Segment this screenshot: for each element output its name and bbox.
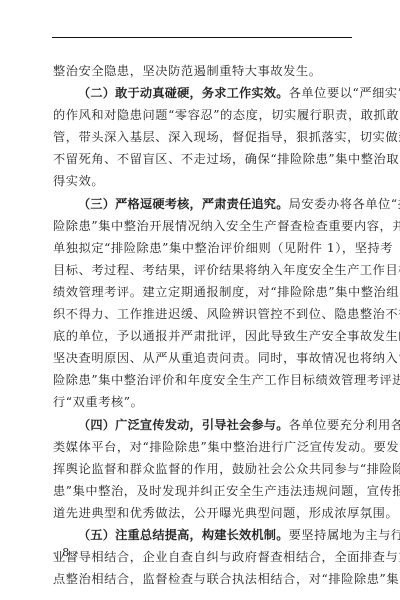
line-text: 目标、考过程、考结果，评价结果将纳入年度安全生产工作目标 [53, 263, 400, 277]
section-heading: （二）敢于动真碰硬，务求工作实效。 [78, 86, 289, 100]
header-rule [52, 37, 352, 38]
text-line: 绩效管理考评。建立定期通报制度，对“排险除患”集中整治组 [53, 281, 353, 303]
text-line: 道先进典型和优秀做法，公开曝光典型问题，形成浓厚氛围。 [53, 502, 353, 524]
text-line: 险除患”集中整治评价和年度安全生产工作目标绩效管理考评进 [53, 369, 353, 391]
line-text: 坚决查明原因、从严从重追责问责。同时，事故情况也将纳入“排 [53, 351, 400, 365]
line-text: 局安委办将各单位“排 [289, 197, 400, 211]
line-text: 单独拟定“排险除患”集中整治评价细则（见附件 1），坚持考 [53, 241, 393, 255]
section-heading-line: （二）敢于动真碰硬，务求工作实效。各单位要以“严细实” [53, 82, 353, 104]
document-body: 整治安全隐患，坚决防范遏制重特大事故发生。 （二）敢于动真碰硬，务求工作实效。各… [53, 60, 353, 590]
section-heading-line: （三）严格逗硬考核，严肃责任追究。局安委办将各单位“排 [53, 193, 353, 215]
page-number: - 8 - [53, 546, 79, 559]
section-heading: （五）注重总结提高，构建长效机制。 [78, 528, 289, 542]
text-line: 坚决查明原因、从严从重追责问责。同时，事故情况也将纳入“排 [53, 347, 353, 369]
line-text: 道先进典型和优秀做法，公开曝光典型问题，形成浓厚氛围。 [53, 506, 398, 520]
text-line: 织不得力、工作推进迟缓、风险辨识管控不到位、隐患整治不彻 [53, 303, 353, 325]
line-text: 织不得力、工作推进迟缓、风险辨识管控不到位、隐患整治不彻 [53, 307, 400, 321]
section-heading-line: （四）广泛宣传发动，引导社会参与。各单位要充分利用各 [53, 414, 353, 436]
text-line: 患”集中整治，及时发现并纠正安全生产违法违规问题，宣传报 [53, 480, 353, 502]
line-text: 要坚持属地为主与行 [289, 528, 400, 542]
text-line: 底的单位，予以通报并严肃批评，因此导致生产安全事故发生的， [53, 325, 353, 347]
text-line: 管，带头深入基层、深入现场，督促指导，狠抓落实，切实做到 [53, 126, 353, 148]
line-text: 管，带头深入基层、深入现场，督促指导，狠抓落实，切实做到 [53, 130, 400, 144]
line-text: 挥舆论监督和群众监督的作用，鼓励社会公众共同参与“排险除 [53, 462, 400, 476]
line-text: 不留死角、不留盲区、不走过场，确保“排险除患”集中整治取 [53, 152, 399, 166]
section-heading: （四）广泛宣传发动，引导社会参与。 [78, 418, 289, 432]
line-text: 业督导相结合，企业自查自纠与政府督查相结合，全面排查与重 [53, 550, 400, 564]
line-text: 整治安全隐患，坚决防范遏制重特大事故发生。 [53, 64, 322, 78]
text-line: 目标、考过程、考结果，评价结果将纳入年度安全生产工作目标 [53, 259, 353, 281]
text-line: 险除患”集中整治开展情况纳入安全生产督查检查重要内容，并 [53, 215, 353, 237]
line-text: 险除患”集中整治评价和年度安全生产工作目标绩效管理考评进 [53, 373, 400, 387]
line-text: 点整治相结合，监督检查与联合执法相结合，对“排险除患”集 [53, 572, 399, 586]
text-line: 单独拟定“排险除患”集中整治评价细则（见附件 1），坚持考 [53, 237, 353, 259]
line-text: 各单位要以“严细实” [289, 86, 400, 100]
line-text: 险除患”集中整治开展情况纳入安全生产督查检查重要内容，并 [53, 219, 400, 233]
text-line: 不留死角、不留盲区、不走过场，确保“排险除患”集中整治取 [53, 148, 353, 170]
text-line: 挥舆论监督和群众监督的作用，鼓励社会公众共同参与“排险除 [53, 458, 353, 480]
text-line: 类媒体平台，对“排险除患”集中整治进行广泛宣传发动。要发 [53, 436, 353, 458]
line-text: 得实效。 [53, 174, 104, 188]
line-text: 类媒体平台，对“排险除患”集中整治进行广泛宣传发动。要发 [53, 440, 399, 454]
line-text: 的作风和对隐患问题“零容忍”的态度，切实履行职责，敢抓敢 [53, 108, 399, 122]
line-text: 绩效管理考评。建立定期通报制度，对“排险除患”集中整治组 [53, 285, 399, 299]
text-line: 业督导相结合，企业自查自纠与政府督查相结合，全面排查与重 [53, 546, 353, 568]
section-heading: （三）严格逗硬考核，严肃责任追究。 [78, 197, 289, 211]
line-text: 底的单位，予以通报并严肃批评，因此导致生产安全事故发生的， [53, 329, 400, 343]
text-line: 得实效。 [53, 170, 353, 192]
text-line: 整治安全隐患，坚决防范遏制重特大事故发生。 [53, 60, 353, 82]
line-text: 患”集中整治，及时发现并纠正安全生产违法违规问题，宣传报 [53, 484, 400, 498]
text-line: 的作风和对隐患问题“零容忍”的态度，切实履行职责，敢抓敢 [53, 104, 353, 126]
line-text: 各单位要充分利用各 [289, 418, 400, 432]
line-text: 行“双重考核”。 [53, 395, 143, 409]
section-heading-line: （五）注重总结提高，构建长效机制。要坚持属地为主与行 [53, 524, 353, 546]
text-line: 行“双重考核”。 [53, 391, 353, 413]
text-line: 点整治相结合，监督检查与联合执法相结合，对“排险除患”集 [53, 568, 353, 590]
